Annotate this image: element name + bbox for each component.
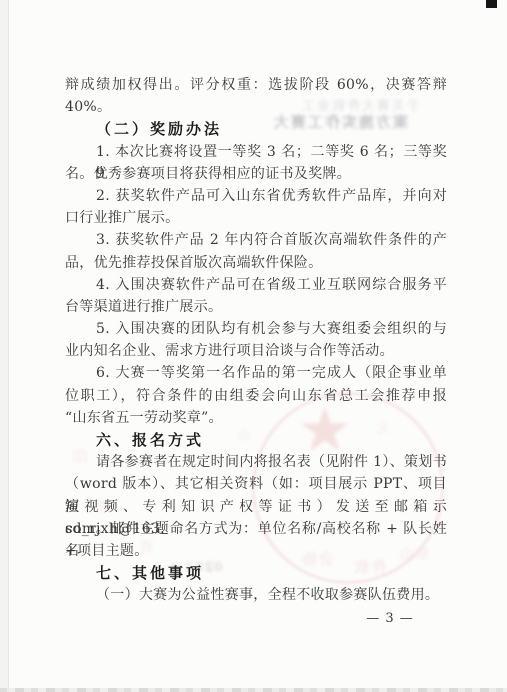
scan-bottom-edge bbox=[0, 688, 507, 692]
section-heading: 七、其他事项 bbox=[65, 562, 447, 584]
text-line: （word 版本）、其它相关资料（如：项目展示 PPT、项目演示 bbox=[65, 473, 447, 495]
text-line: 辩成绩加权得出。评分权重：选拔阶段 60%，决赛答辩 bbox=[65, 74, 447, 96]
text-line: 6. 大赛一等奖第一名作品的第一完成人（限企事业单 bbox=[65, 362, 447, 384]
text-line: 品，优先推荐投保首版次高端软件保险。 bbox=[65, 252, 447, 274]
text-line: 5. 入围决赛的团队均有机会参与大赛组委会组织的与 bbox=[65, 318, 447, 340]
text-line: 名。优秀参赛项目将获得相应的证书及奖牌。 bbox=[65, 163, 447, 185]
scan-left-edge bbox=[0, 0, 9, 692]
page-number: — 3 — bbox=[360, 611, 420, 626]
section-heading: 六、报名方式 bbox=[65, 429, 447, 451]
text-line: +项目主题。 bbox=[65, 540, 447, 562]
text-line: 位职工），符合条件的由组委会向山东省总工会推荐申报 bbox=[65, 385, 447, 407]
text-line: 台等渠道进行推广展示。 bbox=[65, 296, 447, 318]
text-line: 40%。 bbox=[65, 96, 447, 118]
text-line: “山东省五一劳动奖章”。 bbox=[65, 407, 447, 429]
text-line: com。邮件主题命名方式为：单位名称/高校名称 + 队长姓名 bbox=[65, 518, 447, 540]
text-line: （一）大赛为公益性赛事，全程不收取参赛队伍费用。 bbox=[65, 584, 447, 606]
text-line: 4. 入围决赛软件产品可在省级工业互联网综合服务平 bbox=[65, 274, 447, 296]
scanned-document-page: ★ 于关赛大件软业工案方施实作工赛大书证0202 +山大印省章省东会协件软东山 … bbox=[0, 0, 507, 692]
document-text-block: 辩成绩加权得出。评分权重：选拔阶段 60%，决赛答辩40%。（二）奖励办法1. … bbox=[65, 74, 447, 607]
text-line: 口行业推广展示。 bbox=[65, 207, 447, 229]
section-heading: （二）奖励办法 bbox=[65, 118, 447, 140]
scan-corner-artifact bbox=[486, 0, 497, 8]
text-line: 短视频、专利知识产权等证书）发送至邮箱：sd_rjxh@163. bbox=[65, 496, 447, 518]
text-line: 业内知名企业、需求方进行项目洽谈与合作等活动。 bbox=[65, 340, 447, 362]
text-line: 请各参赛者在规定时间内将报名表（见附件 1）、策划书 bbox=[65, 451, 447, 473]
text-line: 1. 本次比赛将设置一等奖 3 名；二等奖 6 名；三等奖 9 bbox=[65, 141, 447, 163]
text-line: 2. 获奖软件产品可入山东省优秀软件产品库，并向对 bbox=[65, 185, 447, 207]
text-line: 3. 获奖软件产品 2 年内符合首版次高端软件条件的产 bbox=[65, 229, 447, 251]
